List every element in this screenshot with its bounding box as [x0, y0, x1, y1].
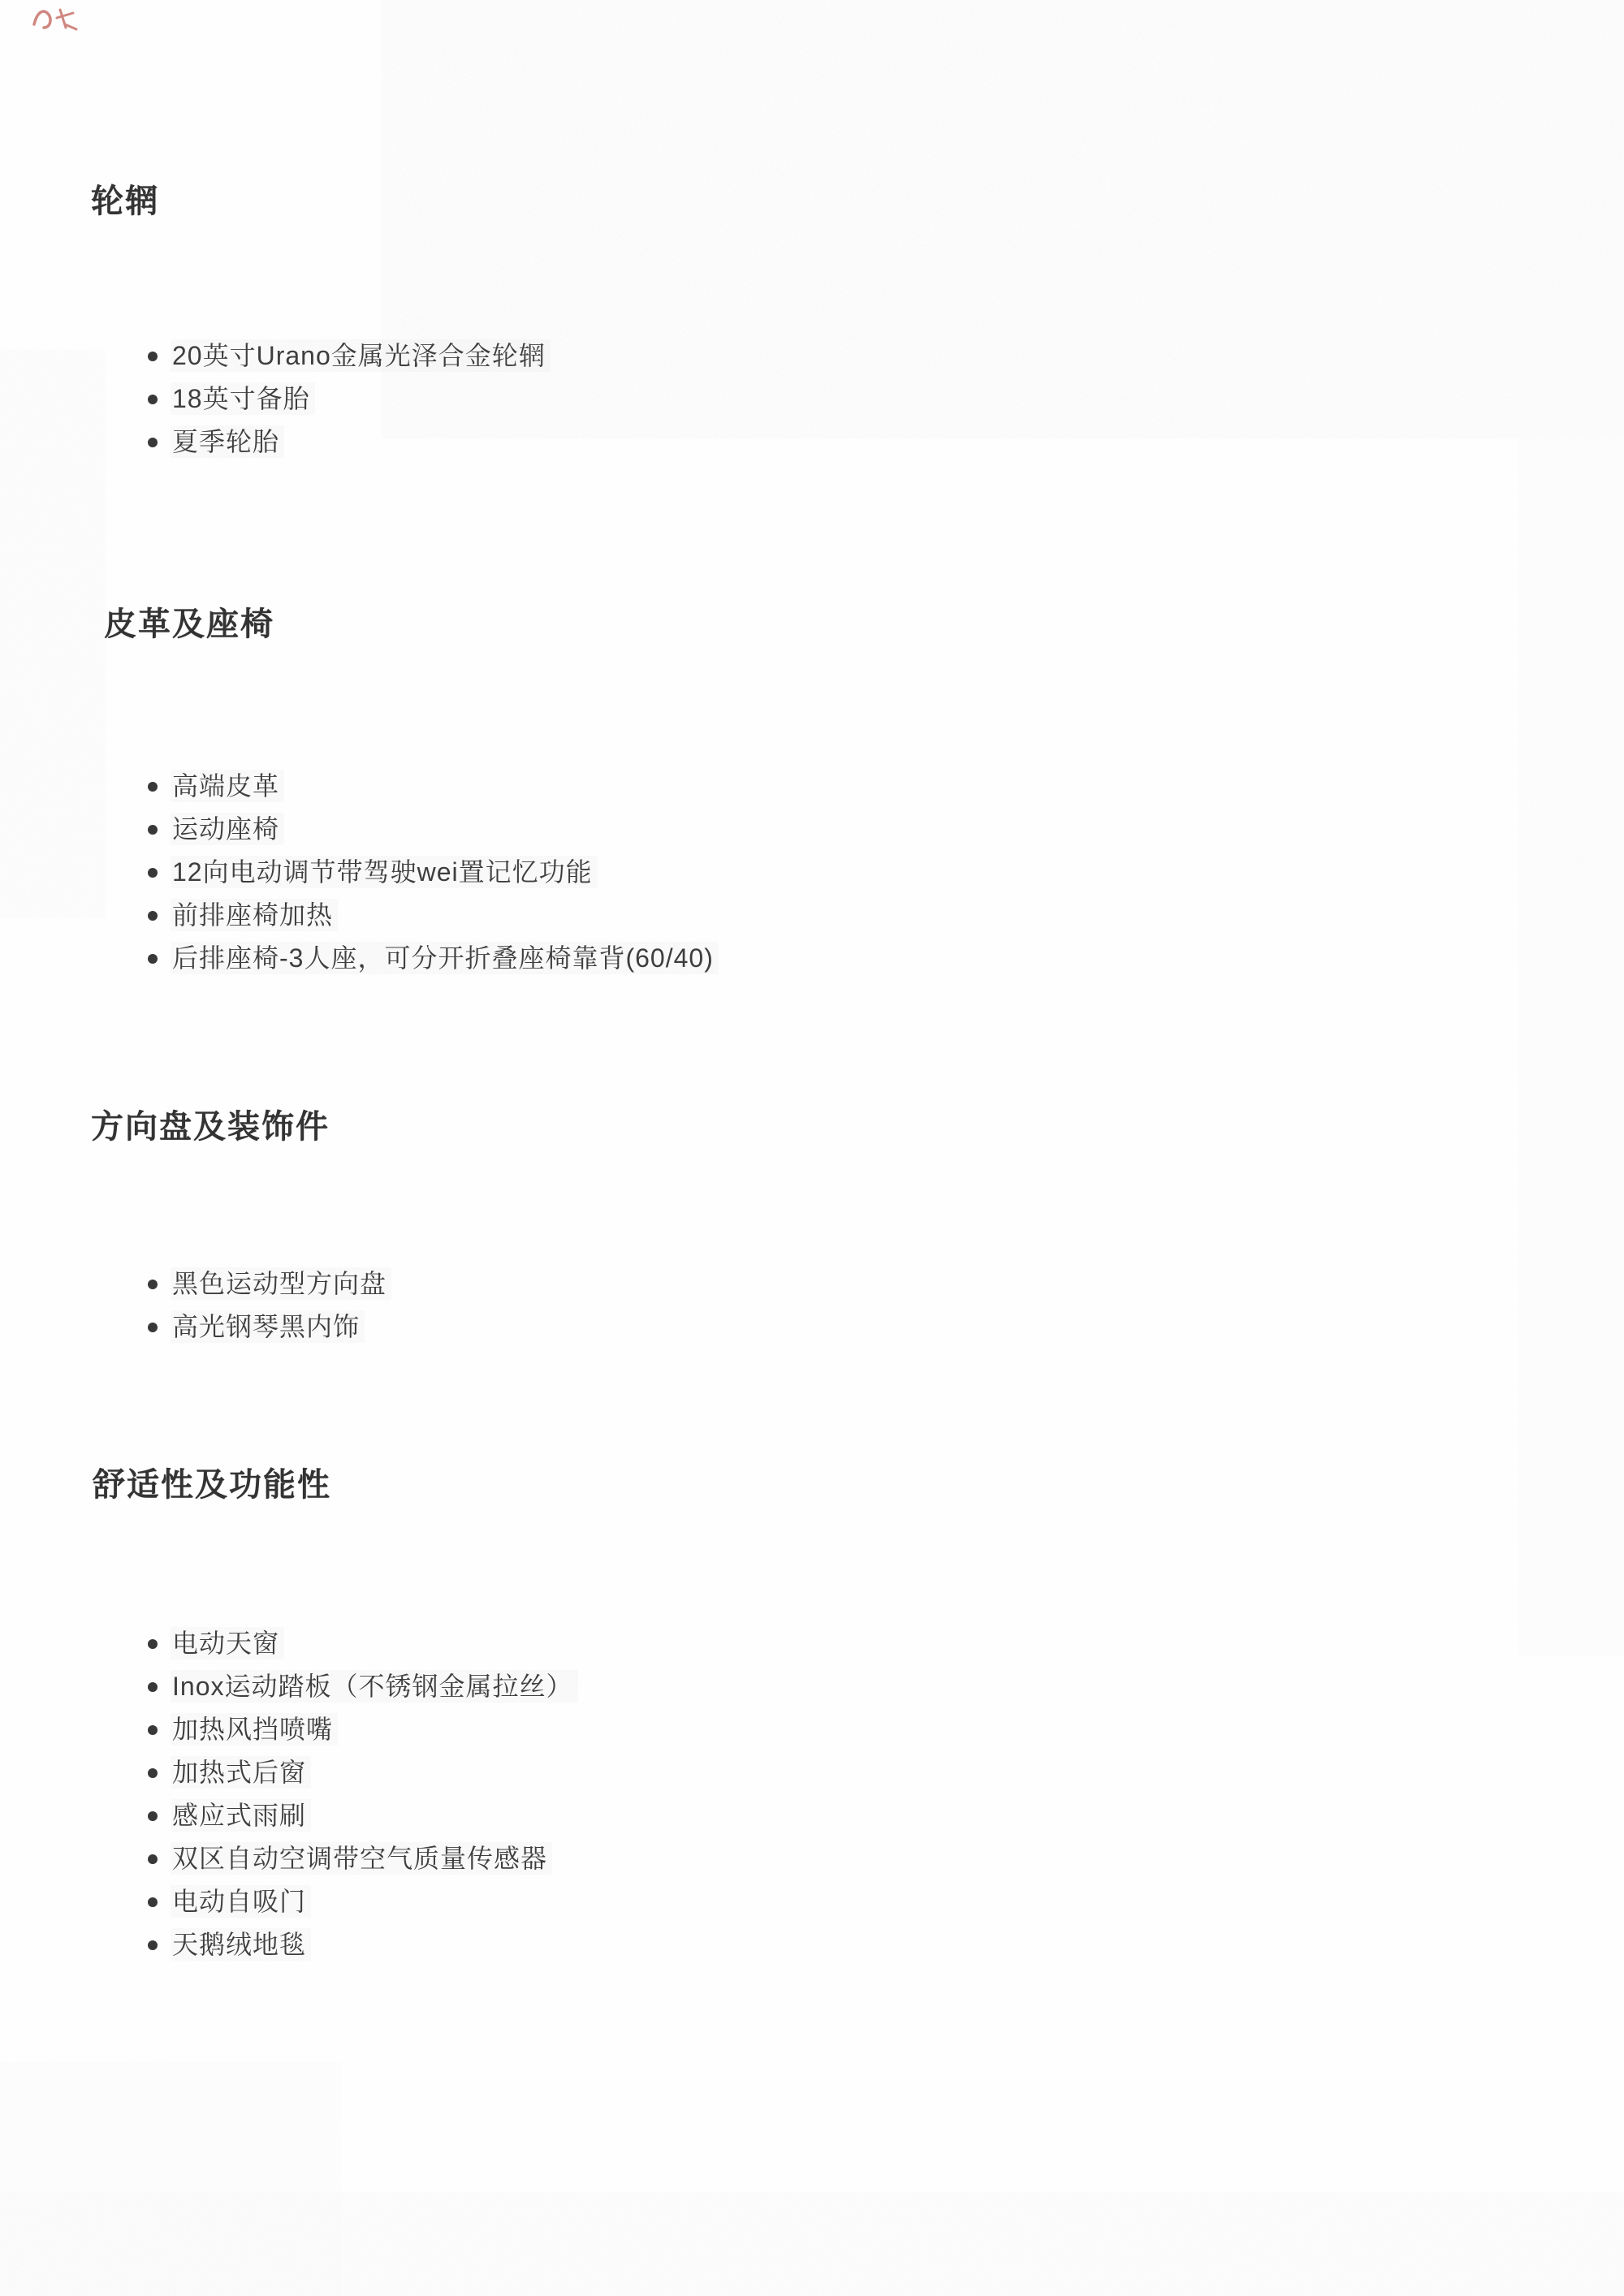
- list-item: 电动天窗: [148, 1622, 578, 1665]
- list-item: 高光钢琴黑内饰: [148, 1306, 391, 1349]
- feature-list-wheels: 20英寸Urano金属光泽合金轮辋 18英寸备胎 夏季轮胎: [148, 334, 551, 464]
- bullet-icon: [148, 1854, 158, 1864]
- bullet-icon: [148, 1725, 158, 1735]
- bullet-icon: [148, 825, 158, 835]
- feature-text: 电动自吸门: [171, 1885, 311, 1918]
- feature-text: 加热风挡喷嘴: [171, 1713, 338, 1746]
- feature-list-steering-trim: 黑色运动型方向盘 高光钢琴黑内饰: [148, 1262, 391, 1349]
- list-item: 双区自动空调带空气质量传感器: [148, 1837, 578, 1880]
- bullet-icon: [148, 782, 158, 792]
- feature-text: Inox运动踏板（不锈钢金属拉丝）: [171, 1670, 578, 1703]
- feature-list-comfort-function: 电动天窗 Inox运动踏板（不锈钢金属拉丝） 加热风挡喷嘴 加热式后窗 感应式雨…: [148, 1622, 578, 1966]
- list-item: 黑色运动型方向盘: [148, 1262, 391, 1306]
- bullet-icon: [148, 1280, 158, 1289]
- section-title-wheels: 轮辋: [91, 182, 159, 221]
- list-item: Inox运动踏板（不锈钢金属拉丝）: [148, 1665, 578, 1708]
- feature-text: 电动天窗: [171, 1627, 284, 1659]
- bullet-icon: [148, 395, 158, 404]
- bullet-icon: [148, 1323, 158, 1332]
- list-item: 12向电动调节带驾驶wei置记忆功能: [148, 851, 719, 894]
- list-item: 电动自吸门: [148, 1880, 578, 1923]
- bullet-icon: [148, 1682, 158, 1692]
- list-item: 后排座椅-3人座，可分开折叠座椅靠背(60/40): [148, 937, 719, 980]
- feature-text: 18英寸备胎: [171, 382, 315, 415]
- feature-text: 天鹅绒地毯: [171, 1928, 311, 1961]
- feature-text: 高光钢琴黑内饰: [171, 1310, 365, 1343]
- list-item: 前排座椅加热: [148, 894, 719, 937]
- feature-text: 加热式后窗: [171, 1756, 311, 1789]
- list-item: 天鹅绒地毯: [148, 1923, 578, 1966]
- feature-text: 高端皮革: [171, 770, 284, 802]
- bullet-icon: [148, 1768, 158, 1778]
- section-title-steering-trim: 方向盘及装饰件: [91, 1107, 330, 1146]
- list-item: 加热式后窗: [148, 1751, 578, 1794]
- feature-text: 后排座椅-3人座，可分开折叠座椅靠背(60/40): [171, 942, 719, 974]
- list-item: 加热风挡喷嘴: [148, 1708, 578, 1751]
- feature-text: 20英寸Urano金属光泽合金轮辋: [171, 339, 551, 372]
- feature-text: 双区自动空调带空气质量传感器: [171, 1842, 552, 1875]
- bullet-icon: [148, 868, 158, 878]
- list-item: 20英寸Urano金属光泽合金轮辋: [148, 334, 551, 378]
- feature-text: 前排座椅加热: [171, 899, 338, 931]
- bullet-icon: [148, 1811, 158, 1821]
- feature-text: 运动座椅: [171, 813, 284, 845]
- bullet-icon: [148, 438, 158, 447]
- document-page: 轮辋 20英寸Urano金属光泽合金轮辋 18英寸备胎 夏季轮胎 皮革及座椅 高…: [0, 0, 1624, 2296]
- bullet-icon: [148, 352, 158, 361]
- bullet-icon: [148, 1639, 158, 1649]
- list-item: 高端皮革: [148, 765, 719, 808]
- red-pen-mark: [29, 3, 86, 37]
- feature-text: 感应式雨刷: [171, 1799, 311, 1832]
- list-item: 感应式雨刷: [148, 1794, 578, 1837]
- bullet-icon: [148, 911, 158, 921]
- feature-text: 黑色运动型方向盘: [171, 1267, 391, 1300]
- section-title-leather-seats: 皮革及座椅: [104, 605, 274, 644]
- feature-text: 夏季轮胎: [171, 425, 284, 458]
- list-item: 运动座椅: [148, 808, 719, 851]
- bullet-icon: [148, 1897, 158, 1907]
- bullet-icon: [148, 1940, 158, 1950]
- list-item: 夏季轮胎: [148, 421, 551, 464]
- section-title-comfort-function: 舒适性及功能性: [93, 1465, 331, 1504]
- feature-list-leather-seats: 高端皮革 运动座椅 12向电动调节带驾驶wei置记忆功能 前排座椅加热 后排座椅…: [148, 765, 719, 980]
- bullet-icon: [148, 954, 158, 964]
- list-item: 18英寸备胎: [148, 378, 551, 421]
- feature-text: 12向电动调节带驾驶wei置记忆功能: [171, 856, 598, 888]
